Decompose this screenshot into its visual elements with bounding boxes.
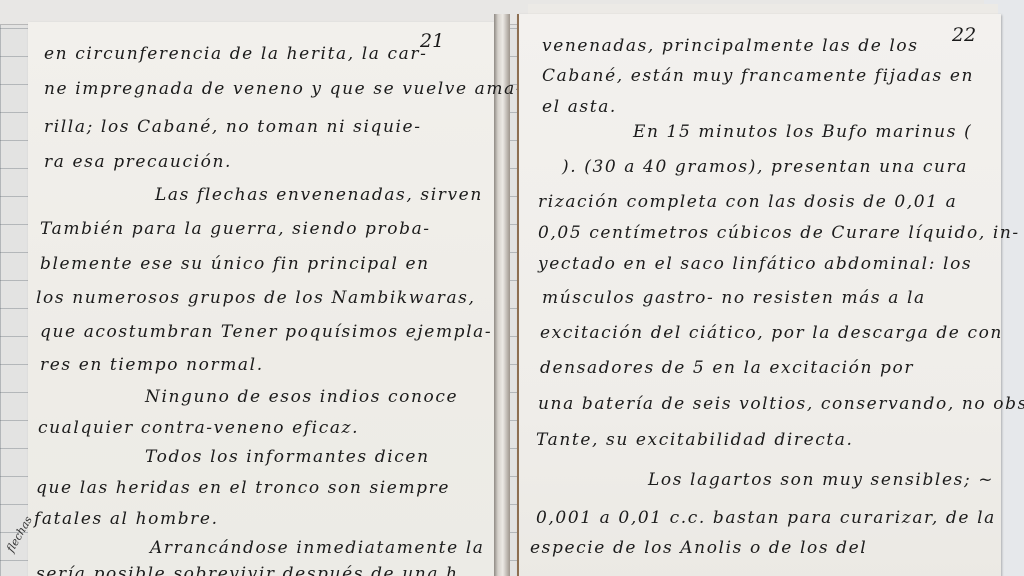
left-line-14: que las heridas en el tronco son siempre (36, 478, 450, 498)
left-line-3: rilla; los Cabané, no toman ni siquie- (44, 117, 422, 137)
right-line-16: especie de los Anolis o de los del (530, 538, 867, 558)
right-line-10: excitación del ciático, por la descarga … (540, 323, 1003, 343)
right-line-3: el asta. (542, 97, 617, 117)
left-line-4: ra esa precaución. (44, 152, 232, 172)
right-line-7: 0,05 centímetros cúbicos de Curare líqui… (538, 223, 1020, 243)
left-line-13: Todos los informantes dicen (145, 447, 430, 467)
left-line-10: res en tiempo normal. (40, 355, 264, 375)
right-line-15: 0,001 a 0,01 c.c. bastan para curarizar,… (536, 508, 996, 528)
right-line-5: ). (30 a 40 gramos), presentan una cura (562, 157, 968, 177)
left-line-17: sería posible sobrevivir después de una … (36, 564, 459, 576)
right-line-9: músculos gastro- no resisten más a la (542, 288, 926, 308)
left-line-9: que acostumbran Tener poquísimos ejempla… (40, 322, 492, 342)
left-line-2: ne impregnada de veneno y que se vuelve … (44, 79, 523, 99)
right-line-4: En 15 minutos los Bufo marinus ( (633, 122, 972, 142)
left-line-7: blemente ese su único fin principal en (40, 254, 430, 274)
left-line-5: Las flechas envenenadas, sirven (155, 185, 483, 205)
right-line-6: rización completa con las dosis de 0,01 … (538, 192, 957, 212)
page-number-right: 22 (952, 24, 976, 46)
right-line-8: yectado en el saco linfático abdominal: … (538, 254, 972, 274)
left-line-8: los numerosos grupos de los Nambikwaras, (36, 288, 476, 308)
right-line-1: venenadas, principalmente las de los (542, 36, 919, 56)
right-line-12: una batería de seis voltios, conservando… (538, 394, 1024, 414)
left-line-15: fatales al hombre. (34, 509, 219, 529)
left-line-12: cualquier contra-veneno eficaz. (38, 418, 359, 438)
right-line-13: Tante, su excitabilidad directa. (536, 430, 854, 450)
right-line-11: densadores de 5 en la excitación por (540, 358, 914, 378)
left-line-6: También para la guerra, siendo proba- (40, 219, 431, 239)
right-line-2: Cabané, están muy francamente fijadas en (542, 66, 974, 86)
left-line-16: Arrancándose inmediatamente la (150, 538, 485, 558)
left-line-1: en circunferencia de la herita, la car- (44, 44, 427, 64)
left-line-11: Ninguno de esos indios conoce (145, 387, 458, 407)
right-line-14: Los lagartos son muy sensibles; ~ (648, 470, 994, 490)
